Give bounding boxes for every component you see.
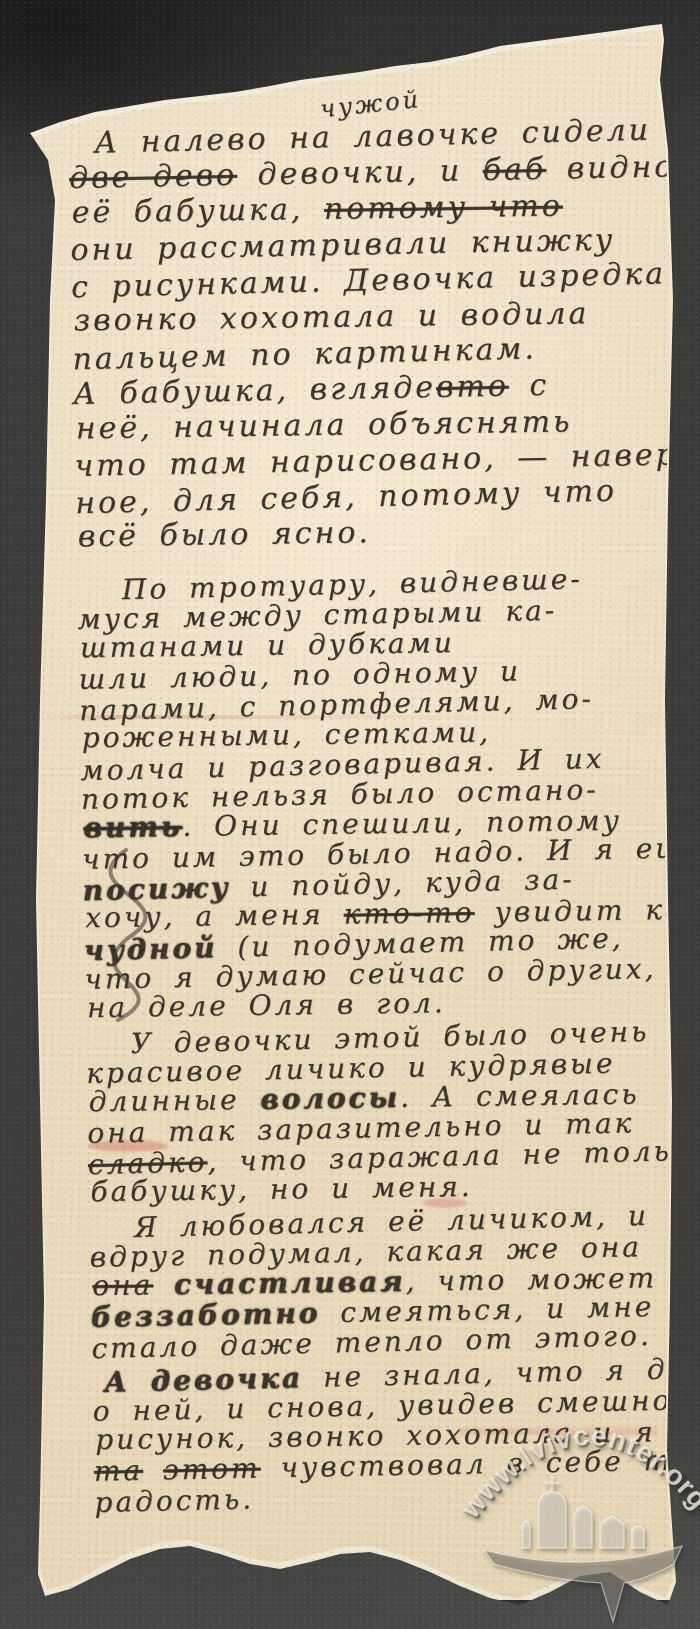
paragraph: А налево на лавочке сиделидве дево девоч… [68,113,676,556]
word-segment: радость. [94,1482,254,1519]
paper-torn-edge: чужой А налево на лавочке сиделидве дево… [28,20,678,1600]
word-segment: длинные [89,1083,240,1118]
word-segment: А девочка [104,1361,304,1399]
handwritten-line: всё было ясно. [78,511,678,555]
word-segment: . Они спешили, потому [182,804,622,843]
cross-icon [545,1476,559,1492]
word-segment: всё было ясно. [78,515,371,554]
crossed-out-word: вто [436,369,510,405]
crossed-out-word: баб [482,152,546,188]
paragraph: По тротуару, видневше-муся между старыми… [77,563,686,1024]
word-segment: бабушку, но и меня. [90,1170,473,1208]
word-segment: счастливая [153,1265,406,1302]
word-segment: чудной [83,931,217,967]
handwriting-block: А налево на лавочке сиделидве дево девоч… [68,113,695,1520]
lviv-center-logo-icon [484,1476,682,1622]
ribbon-banner-icon [484,1546,682,1622]
word-segment: на деле Оля в гол. [87,986,446,1024]
word-segment: . А смеялась [400,1078,640,1114]
crossed-out-word: этот [163,1452,261,1487]
paper: чужой А налево на лавочке сиделидве дево… [28,20,678,1600]
crossed-out-word: две дево [69,158,238,196]
crossed-out-word: та [94,1454,144,1488]
paragraph: У девочки этой было оченькрасивое личико… [85,1017,688,1208]
word-segment: её бабушка, [71,192,324,231]
crossed-out-word: потому что [324,189,563,227]
word-segment [143,1453,164,1486]
word-segment: неё, начинала объяснять [76,404,573,446]
watermark: www.lvivcenter.org www.lvivcenter.org [438,1380,700,1629]
paragraph: Я любовался её личиком, ивдруг подумал, … [89,1201,692,1362]
word-segment: с [509,368,550,404]
word-segment: , что может так [405,1260,700,1298]
scan-background: чужой А налево на лавочке сиделидве дево… [0,0,700,1629]
word-segment: штанами и дубками [80,626,455,664]
word-segment: волосы [239,1081,400,1116]
crossed-out-word: вить [83,810,182,844]
crossed-out-word: она [92,1268,153,1302]
word-segment: девочки, и [237,153,483,193]
word-segment: видно, [546,149,688,187]
